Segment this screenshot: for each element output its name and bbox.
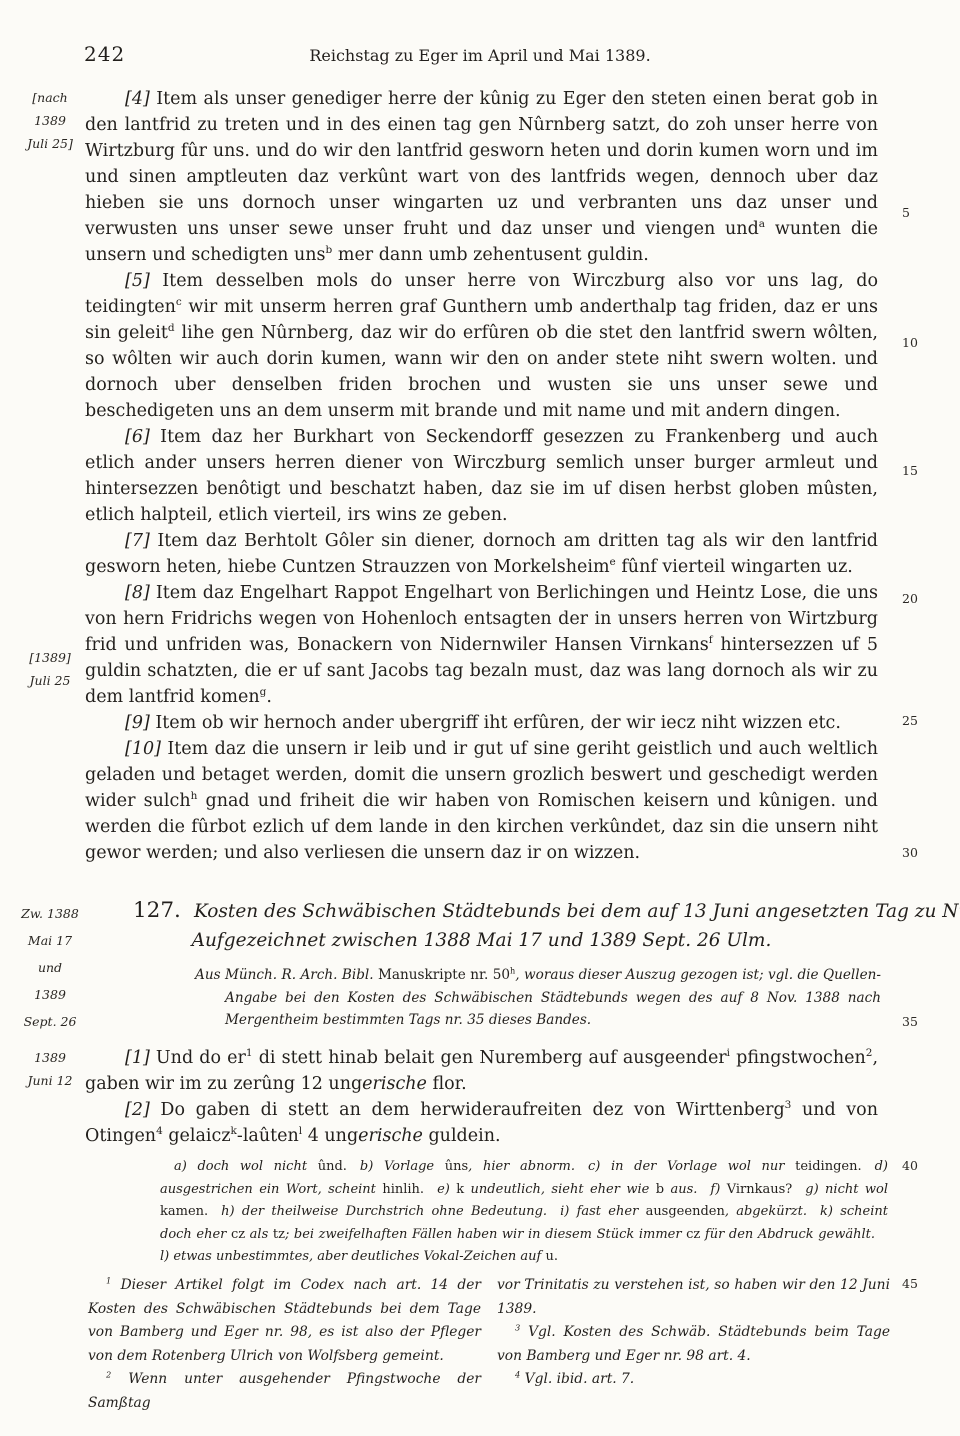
footnotes-left-column: 1 Dieser Artikel folgt im Codex nach art… — [88, 1274, 481, 1415]
footnote-4: 4 Vgl. ibid. art. 7. — [497, 1368, 890, 1392]
line-number-20: 20 — [902, 591, 938, 606]
line-number-25: 25 — [902, 713, 938, 728]
footnote-2: 2 Wenn unter ausgehender Pfingstwoche de… — [88, 1368, 481, 1415]
running-title: Reichstag zu Eger im April und Mai 1389. — [180, 46, 780, 65]
margin-note-line: 1389 — [12, 109, 88, 132]
article-6: [6] Item daz her Burkhart von Seckendorf… — [85, 424, 878, 528]
margin-note-line: Juli 25 — [12, 669, 88, 692]
footnotes-right-column: vor Trinitatis zu verstehen ist, so habe… — [497, 1274, 890, 1415]
article-5: [5] Item desselben mols do unser herre v… — [85, 268, 878, 424]
entry-127-subtitle: Aufgezeichnet zwischen 1388 Mai 17 und 1… — [192, 930, 772, 951]
margin-note-zw-1388-1389: Zw. 1388 Mai 17 und 1389 Sept. 26 — [12, 900, 88, 1035]
entry-127-subtitle-line: Aufgezeichnet zwischen 1388 Mai 17 und 1… — [85, 930, 878, 951]
article-7: [7] Item daz Berhtolt Gôler sin diener, … — [85, 528, 878, 580]
footnote-1: 1 Dieser Artikel folgt im Codex nach art… — [88, 1274, 481, 1368]
margin-note-line: 1389 — [12, 1046, 88, 1069]
margin-note-line: Sept. 26 — [12, 1008, 88, 1035]
apparatus-notes: a) doch wol nicht ûnd. b) Vorlage ûns, h… — [160, 1156, 888, 1269]
footnote-2-continuation: vor Trinitatis zu verstehen ist, so habe… — [497, 1274, 890, 1321]
margin-note-line: Mai 17 — [12, 927, 88, 954]
article-9: [9] Item ob wir hernoch ander ubergriff … — [85, 710, 878, 736]
line-number-45: 45 — [902, 1276, 938, 1291]
article-10: [10] Item daz die unsern ir leib und ir … — [85, 736, 878, 866]
margin-note-line: und — [12, 954, 88, 981]
entry-127-title: Kosten des Schwäbischen Städtebunds bei … — [194, 901, 960, 922]
margin-note-line: 1389 — [12, 981, 88, 1008]
article-4: [4] Item als unser genediger herre der k… — [85, 86, 878, 268]
article-2: [2] Do gaben di stett an dem herwiderauf… — [85, 1097, 878, 1149]
line-number-5: 5 — [902, 205, 938, 220]
page-number: 242 — [84, 42, 125, 66]
article-8: [8] Item daz Engelhart Rappot Engelhart … — [85, 580, 878, 710]
line-number-10: 10 — [902, 335, 938, 350]
entry-127: 127. Kosten des Schwäbischen Städtebunds… — [85, 898, 878, 1149]
footnote-3: 3 Vgl. Kosten des Schwäb. Städtebunds be… — [497, 1321, 890, 1368]
margin-note-nach-1389-juli-25: [nach 1389 Juli 25] — [12, 86, 88, 155]
source-note: Aus Münch. R. Arch. Bibl. Manuskripte nr… — [195, 964, 881, 1032]
line-number-40: 40 — [902, 1158, 938, 1173]
line-number-15: 15 — [902, 463, 938, 478]
margin-note-line: [1389] — [12, 646, 88, 669]
entry-127-heading: 127. Kosten des Schwäbischen Städtebunds… — [85, 898, 878, 923]
entry-127-text: [1] Und do er1 di stett hinab belait gen… — [85, 1045, 878, 1149]
entry-127-number: 127. — [133, 898, 181, 923]
article-1: [1] Und do er1 di stett hinab belait gen… — [85, 1045, 878, 1097]
margin-note-line: Juli 25] — [12, 132, 88, 155]
line-number-35: 35 — [902, 1014, 938, 1029]
margin-note-line: [nach — [12, 86, 88, 109]
margin-note-line: Zw. 1388 — [12, 900, 88, 927]
margin-note-1389-juni-12: 1389 Juni 12 — [12, 1046, 88, 1092]
main-text-block: [4] Item als unser genediger herre der k… — [85, 86, 878, 866]
margin-note-1389-juli-25: [1389] Juli 25 — [12, 646, 88, 692]
footnotes: 1 Dieser Artikel folgt im Codex nach art… — [88, 1274, 890, 1415]
scanned-book-page: 242 Reichstag zu Eger im April und Mai 1… — [0, 0, 960, 1436]
margin-note-line: Juni 12 — [12, 1069, 88, 1092]
line-number-30: 30 — [902, 845, 938, 860]
